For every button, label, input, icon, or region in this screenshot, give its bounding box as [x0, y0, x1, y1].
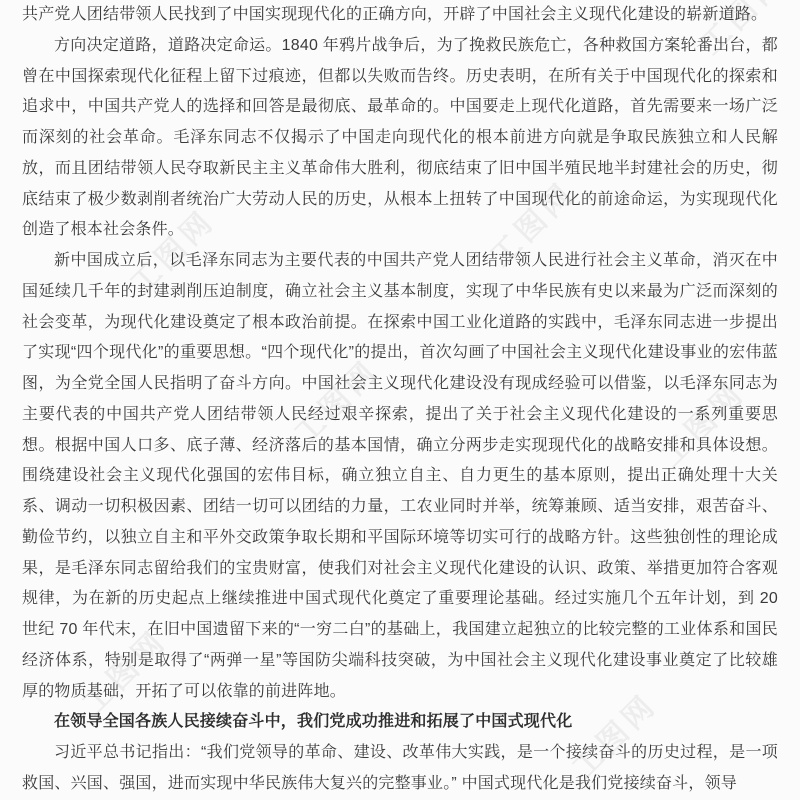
section-heading: 在领导全国各族人民接续奋斗中，我们党成功推进和拓展了中国式现代化 [22, 707, 778, 738]
paragraph-opening-continuation: 共产党人团结带领人民找到了中国实现现代化的正确方向，开辟了中国社会主义现代化建设… [22, 0, 778, 31]
paragraph-road-and-history: 方向决定道路，道路决定命运。1840 年鸦片战争后，为了挽救民族危亡，各种救国方… [22, 31, 778, 246]
document-content: 共产党人团结带领人民找到了中国实现现代化的正确方向，开辟了中国社会主义现代化建设… [0, 0, 800, 800]
paragraph-xi-jinping-quote: 习近平总书记指出：“我们党领导的革命、建设、改革伟大实践，是一个接续奋斗的历史过… [22, 738, 778, 800]
document-page: 工图网 工图网 工图网 工图网 工图网 工图网 工图网 共产党人团结带领人民找到… [0, 0, 800, 800]
paragraph-new-china-socialist-revolution: 新中国成立后，以毛泽东同志为主要代表的中国共产党人团结带领人民进行社会主义革命，… [22, 246, 778, 707]
